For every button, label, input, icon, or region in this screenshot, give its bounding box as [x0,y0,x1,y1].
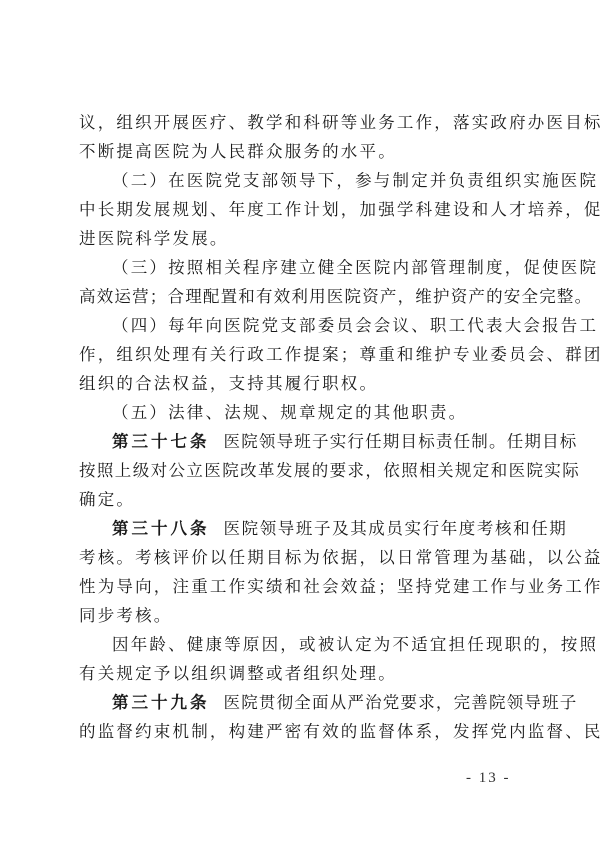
list-item-2: （二）在医院党支部领导下，参与制定并负责组织实施医院 [79,166,525,195]
text-line: 高效运营；合理配置和有效利用医院资产，维护资产的安全完整。 [79,282,525,311]
text-line: 作，组织处理有关行政工作提案；尊重和维护专业委员会、群团 [79,340,525,369]
article-heading: 第三十七条 [112,432,210,451]
list-item-3: （三）按照相关程序建立健全医院内部管理制度，促使医院 [79,253,525,282]
list-item-4: （四）每年向医院党支部委员会会议、职工代表大会报告工 [79,311,525,340]
article-38: 第三十八条医院领导班子及其成员实行年度考核和任期 [79,514,525,543]
text-line: 同步考核。 [79,601,525,630]
article-heading: 第三十八条 [112,519,210,538]
article-text: 医院领导班子实行任期目标责任制。任期目标 [224,432,578,451]
text-line: 组织的合法权益，支持其履行职权。 [79,369,525,398]
text-line: 的监督约束机制，构建严密有效的监督体系，发挥党内监督、民 [79,717,525,746]
article-37: 第三十七条医院领导班子实行任期目标责任制。任期目标 [79,427,525,456]
page-number: - 13 - [466,770,511,787]
text-line: 因年龄、健康等原因，或被认定为不适宜担任现职的，按照 [79,630,525,659]
text-line: 议，组织开展医疗、教学和科研等业务工作，落实政府办医目标， [79,108,525,137]
article-text: 医院领导班子及其成员实行年度考核和任期 [224,519,568,538]
text-line: 确定。 [79,485,525,514]
text-line: 有关规定予以组织调整或者组织处理。 [79,659,525,688]
article-heading: 第三十九条 [112,693,210,712]
text-line: 中长期发展规划、年度工作计划，加强学科建设和人才培养，促 [79,195,525,224]
text-line: 进医院科学发展。 [79,224,525,253]
text-line: 不断提高医院为人民群众服务的水平。 [79,137,525,166]
article-39: 第三十九条医院贯彻全面从严治党要求，完善院领导班子 [79,688,525,717]
list-item-5: （五）法律、法规、规章规定的其他职责。 [79,398,525,427]
document-body: 议，组织开展医疗、教学和科研等业务工作，落实政府办医目标， 不断提高医院为人民群… [79,108,525,746]
article-text: 医院贯彻全面从严治党要求，完善院领导班子 [224,693,578,712]
text-line: 性为导向，注重工作实绩和社会效益；坚持党建工作与业务工作 [79,572,525,601]
text-line: 按照上级对公立医院改革发展的要求，依照相关规定和医院实际 [79,456,525,485]
text-line: 考核。考核评价以任期目标为依据，以日常管理为基础，以公益 [79,543,525,572]
